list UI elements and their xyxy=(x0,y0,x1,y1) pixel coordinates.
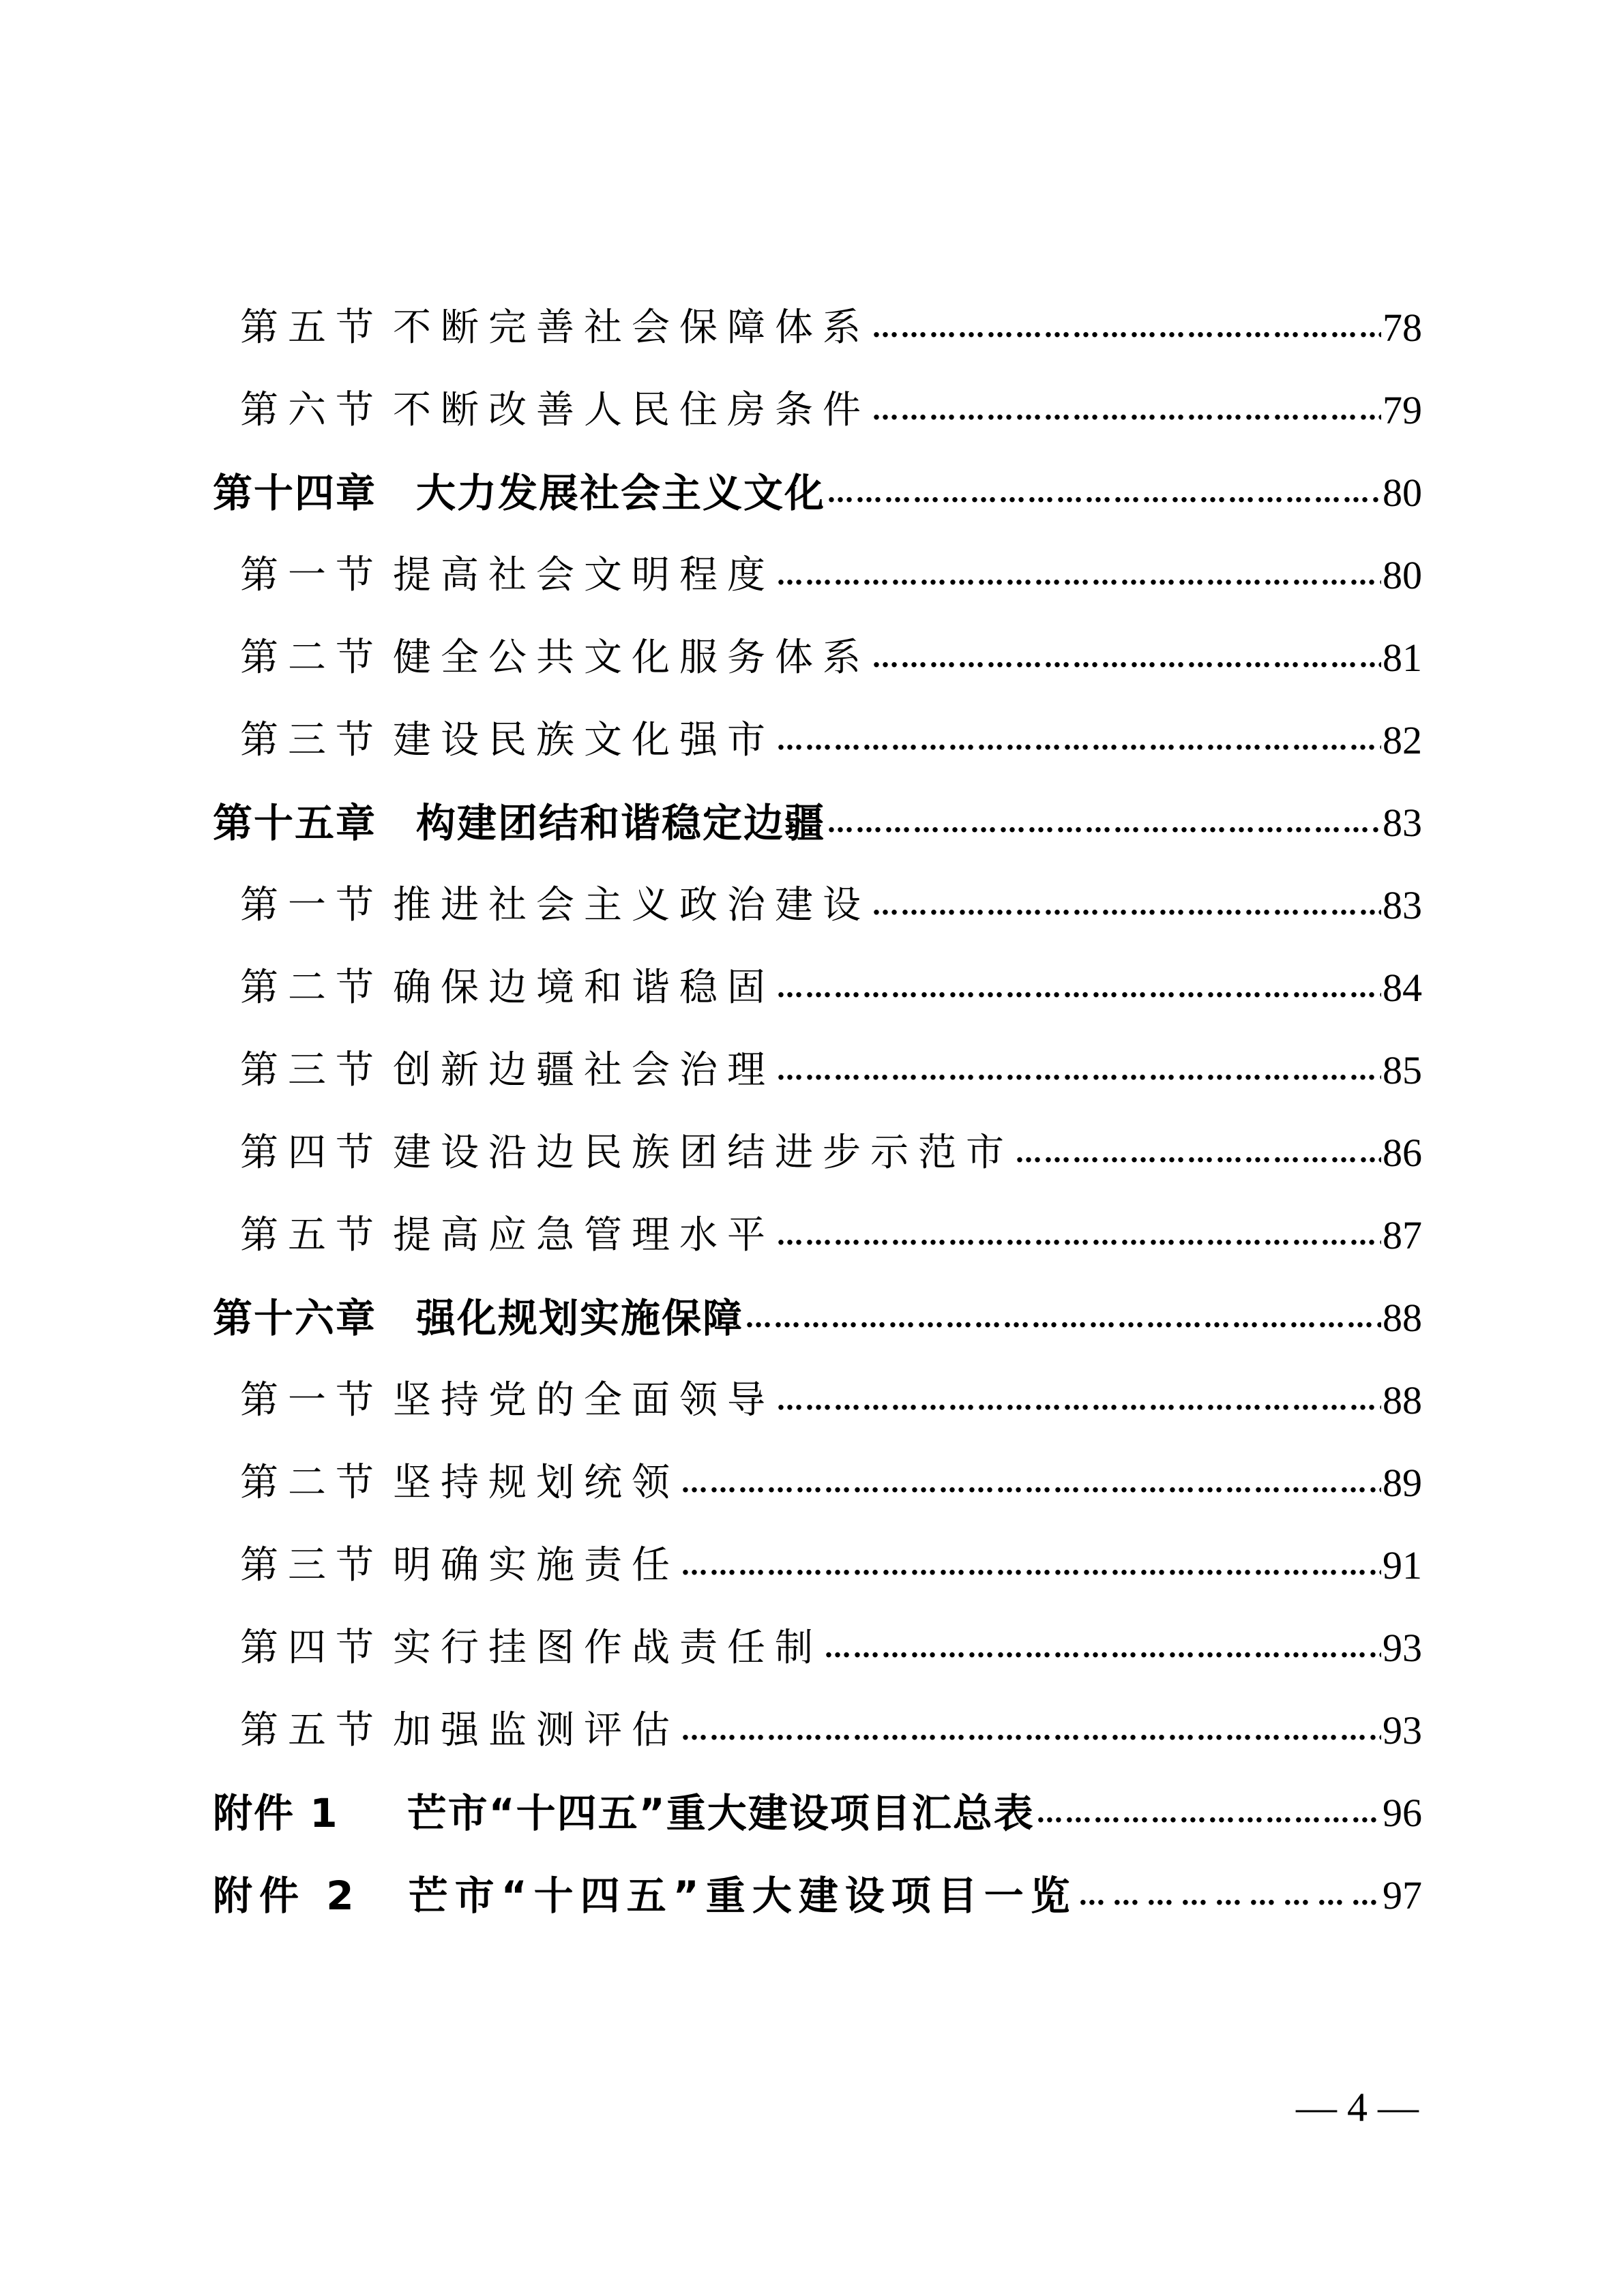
toc-page-number: 82 xyxy=(1383,719,1422,762)
toc-page-number: 88 xyxy=(1383,1297,1422,1339)
toc-entry-section[interactable]: 第五节提高应急管理水平 …………………………………………………………………………… xyxy=(0,1194,1422,1277)
toc-entry-label: 第一节推进社会主义政治建设 xyxy=(240,884,870,927)
toc-entry-section[interactable]: 第二节健全公共文化服务体系 ……………………………………………………………………… xyxy=(0,616,1422,699)
dot-leader: …………………………………………………………………………………………………………… xyxy=(681,1710,1381,1752)
toc-entry-label: 第五节加强监测评估 xyxy=(240,1710,679,1752)
toc-entry-section[interactable]: 第一节坚持党的全面领导 …………………………………………………………………………… xyxy=(0,1359,1422,1442)
page-number-footer: — 4 — xyxy=(1282,2087,1432,2128)
toc-entry-label: 第三节创新边疆社会治理 xyxy=(240,1049,775,1092)
toc-entry-section[interactable]: 第三节建设民族文化强市 …………………………………………………………………………… xyxy=(0,699,1422,781)
toc-page-number: 97 xyxy=(1383,1875,1422,1917)
toc-page-number: 87 xyxy=(1383,1214,1422,1257)
toc-entry-label: 第四节实行挂图作战责任制 xyxy=(240,1627,823,1669)
toc-entry-label: 第三节建设民族文化强市 xyxy=(240,719,775,762)
toc-page-number: 79 xyxy=(1383,389,1422,432)
toc-entry-label: 第十六章强化规划实施保障 xyxy=(213,1297,743,1339)
toc-page-number: 85 xyxy=(1383,1049,1422,1092)
dot-leader: …………………………………………………………………………………………………………… xyxy=(776,967,1381,1009)
toc-entry-section[interactable]: 第四节建设沿边民族团结进步示范市 ……………………………………………………………… xyxy=(0,1112,1422,1194)
toc-page-number: 88 xyxy=(1383,1380,1422,1422)
toc-page-number: 83 xyxy=(1383,884,1422,927)
toc-entry-section[interactable]: 第一节提高社会文明程度 …………………………………………………………………………… xyxy=(0,534,1422,616)
toc-page-number: 84 xyxy=(1383,967,1422,1009)
toc-entry-label: 第一节提高社会文明程度 xyxy=(240,554,775,597)
toc-entry-chapter[interactable]: 第十六章强化规划实施保障 ………………………………………………………………………… xyxy=(0,1277,1422,1359)
toc-entry-appendix[interactable]: 附件 2芒市“十四五”重大建设项目一览 ……………………………………………………… xyxy=(0,1854,1422,1937)
toc-page-number: 89 xyxy=(1383,1462,1422,1504)
toc-page-number: 81 xyxy=(1383,637,1422,679)
toc-entry-label: 第二节坚持规划统领 xyxy=(240,1462,679,1504)
dot-leader: …………………………………………………………………………………………………………… xyxy=(827,472,1381,514)
toc-entry-label: 第六节不断改善人民住房条件 xyxy=(240,389,870,432)
dot-leader: …………………………………………………………………………………………………………… xyxy=(681,1462,1381,1504)
dot-leader: …………………………………………………………………………………………………………… xyxy=(1036,1792,1381,1834)
toc-entry-label: 第一节坚持党的全面领导 xyxy=(240,1380,775,1422)
dot-leader: …………………………………………………………………………………………………………… xyxy=(776,1380,1381,1422)
toc-entry-label: 第五节不断完善社会保障体系 xyxy=(240,307,870,349)
dot-leader: …………………………………………………………………………………………………………… xyxy=(1078,1875,1381,1917)
toc-page-number: 91 xyxy=(1383,1545,1422,1587)
toc-entry-section[interactable]: 第五节加强监测评估 ………………………………………………………………………………… xyxy=(0,1689,1422,1772)
dot-leader: …………………………………………………………………………………………………………… xyxy=(776,554,1381,597)
toc-entry-section[interactable]: 第三节创新边疆社会治理 …………………………………………………………………………… xyxy=(0,1029,1422,1112)
dot-leader: …………………………………………………………………………………………………………… xyxy=(776,1049,1381,1092)
toc-entry-section[interactable]: 第二节确保边境和谐稳固 …………………………………………………………………………… xyxy=(0,946,1422,1029)
toc-page-number: 86 xyxy=(1383,1132,1422,1174)
toc-entry-chapter[interactable]: 第十四章大力发展社会主义文化 …………………………………………………………………… xyxy=(0,451,1422,534)
toc-page-number: 83 xyxy=(1383,802,1422,844)
toc-page-number: 78 xyxy=(1383,307,1422,349)
toc-entry-chapter[interactable]: 第十五章构建团结和谐稳定边疆 …………………………………………………………………… xyxy=(0,781,1422,864)
dot-leader: …………………………………………………………………………………………………………… xyxy=(824,1627,1381,1669)
toc-entry-section[interactable]: 第五节不断完善社会保障体系 ……………………………………………………………………… xyxy=(0,286,1422,369)
toc-entry-label: 第四节建设沿边民族团结进步示范市 xyxy=(240,1132,1014,1174)
dot-leader: …………………………………………………………………………………………………………… xyxy=(776,719,1381,762)
toc-entry-label: 第十五章构建团结和谐稳定边疆 xyxy=(213,802,825,844)
dot-leader: …………………………………………………………………………………………………………… xyxy=(872,389,1381,432)
toc-page-number: 93 xyxy=(1383,1627,1422,1669)
toc-entry-label: 第十四章大力发展社会主义文化 xyxy=(213,472,825,514)
dot-leader: …………………………………………………………………………………………………………… xyxy=(827,802,1381,844)
toc-page-number: 93 xyxy=(1383,1710,1422,1752)
toc-entry-label: 附件 1芒市“十四五”重大建设项目汇总表 xyxy=(213,1792,1035,1834)
dot-leader: …………………………………………………………………………………………………………… xyxy=(872,884,1381,927)
dot-leader: …………………………………………………………………………………………………………… xyxy=(872,637,1381,679)
dot-leader: …………………………………………………………………………………………………………… xyxy=(872,307,1381,349)
dot-leader: …………………………………………………………………………………………………………… xyxy=(681,1545,1381,1587)
dot-leader: …………………………………………………………………………………………………………… xyxy=(776,1214,1381,1257)
dot-leader: …………………………………………………………………………………………………………… xyxy=(745,1297,1381,1339)
toc-entry-section[interactable]: 第三节明确实施责任 ………………………………………………………………………………… xyxy=(0,1524,1422,1607)
toc-entry-label: 附件 2芒市“十四五”重大建设项目一览 xyxy=(213,1875,1077,1917)
toc-entry-section[interactable]: 第一节推进社会主义政治建设 ……………………………………………………………………… xyxy=(0,864,1422,946)
toc-entry-section[interactable]: 第二节坚持规划统领 ………………………………………………………………………………… xyxy=(0,1442,1422,1524)
toc-page-number: 80 xyxy=(1383,554,1422,597)
toc-entry-label: 第二节健全公共文化服务体系 xyxy=(240,637,870,679)
toc-entry-label: 第二节确保边境和谐稳固 xyxy=(240,967,775,1009)
dot-leader: …………………………………………………………………………………………………………… xyxy=(1015,1132,1381,1174)
toc-entry-section[interactable]: 第六节不断改善人民住房条件 ……………………………………………………………………… xyxy=(0,369,1422,451)
toc-page-number: 80 xyxy=(1383,472,1422,514)
toc-entry-label: 第五节提高应急管理水平 xyxy=(240,1214,775,1257)
toc-entry-section[interactable]: 第四节实行挂图作战责任制 ………………………………………………………………………… xyxy=(0,1607,1422,1689)
toc-page-number: 96 xyxy=(1383,1792,1422,1834)
toc-entry-label: 第三节明确实施责任 xyxy=(240,1545,679,1587)
toc-entry-appendix[interactable]: 附件 1芒市“十四五”重大建设项目汇总表 …………………………………………………… xyxy=(0,1772,1422,1854)
